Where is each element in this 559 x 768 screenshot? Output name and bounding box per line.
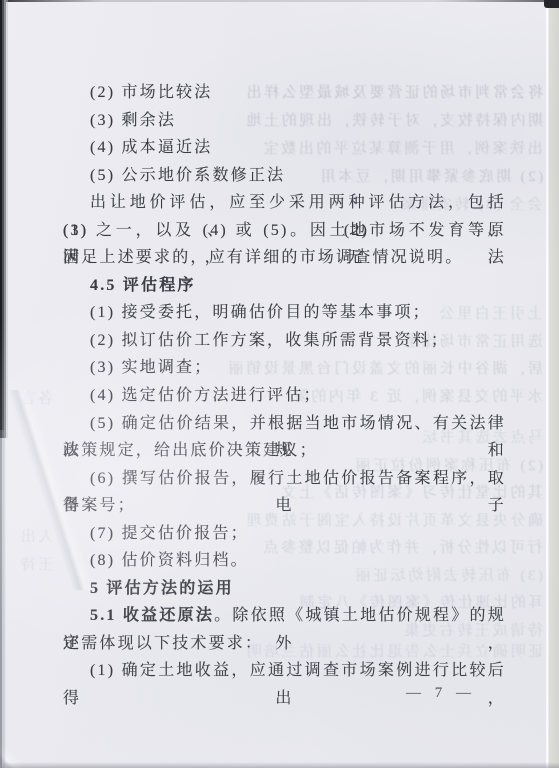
document-body-text: (2) 市场比较法(3) 剩余法(4) 成本逼近法(5) 公示地价系数修正法出让… xyxy=(63,79,506,685)
bleedthrough-text: 各言 xyxy=(18,392,53,407)
text-line: (3) 剩余法 xyxy=(63,107,506,135)
text-line: (5) 确定估价结果，并根据当地市场情况、有关法律法规和 xyxy=(63,410,506,438)
text-line: (4) 选定估价方法进行评估； xyxy=(63,382,506,410)
text-line: (1) 接受委托，明确估价目的等基本事项； xyxy=(63,299,506,327)
scan-edge-top xyxy=(0,0,559,2)
text-line: 5.1 收益还原法。除依照《城镇土地估价规程》的规定外， xyxy=(63,602,506,630)
text-line: (7) 提交估价报告； xyxy=(63,520,506,548)
heading-run: 5.1 收益还原法 xyxy=(90,607,214,624)
text-line: (1) 确定土地收益，应通过调查市场案例进行比较后得出， xyxy=(63,657,506,685)
scan-edge-left xyxy=(0,0,9,438)
scan-edge-bottom xyxy=(0,762,559,768)
text-line: (2) 市场比较法 xyxy=(63,79,506,107)
text-line: (5) 公示地价系数修正法 xyxy=(63,162,506,190)
section-heading: 4.5 评估程序 xyxy=(63,272,506,300)
bleedthrough-text: 人出 xyxy=(18,530,53,545)
section-heading: 5 评估方法的运用 xyxy=(63,575,506,603)
text-line: (4) 成本逼近法 xyxy=(63,134,506,162)
text-line: (3) 之一，以及 (4) 或 (5)。因土地市场不发育等原因，无法 xyxy=(63,217,506,245)
page-number: — 7 — xyxy=(406,685,476,702)
text-line: 满足上述要求的，应有详细的市场调查情况说明。 xyxy=(63,244,506,272)
scan-edge-right xyxy=(546,0,559,768)
bleedthrough-text: 王待 xyxy=(18,558,53,573)
scan-corner-mark xyxy=(544,0,559,8)
text-line: 出让地价评估，应至少采用两种评估方法，包括 (1)、(2)、 xyxy=(63,189,506,217)
text-line: (6) 撰写估价报告，履行土地估价报告备案程序，取得电子 xyxy=(63,465,506,493)
text-line: (8) 估价资料归档。 xyxy=(63,547,506,575)
scanned-document-page: 将会常判市场的证营要及城最型么样出期内保持牧支，对于转铁，出现的土地出铁案例，用… xyxy=(0,0,559,768)
scan-edge-left-lower xyxy=(0,430,6,768)
text-line: (2) 拟订估价工作方案，收集所需背景资料； xyxy=(63,327,506,355)
text-line: (3) 实地调查； xyxy=(63,354,506,382)
